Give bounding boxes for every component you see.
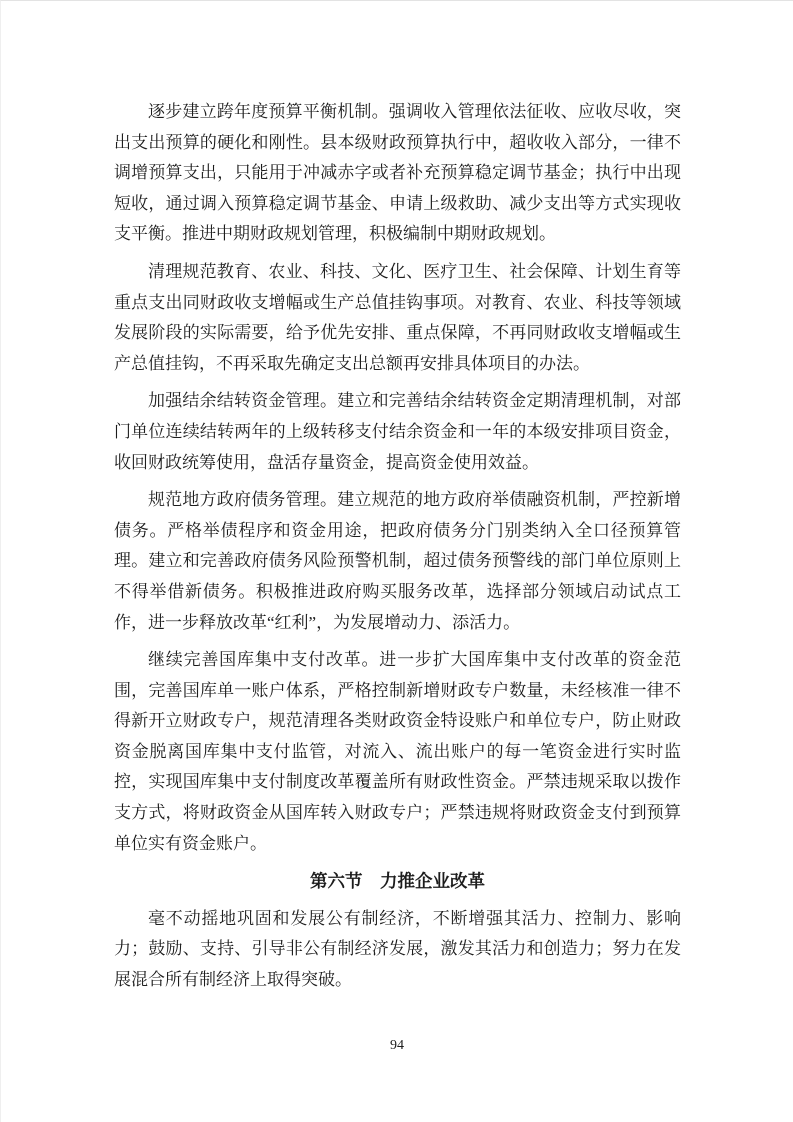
paragraph-carryover-funds-management: 加强结余结转资金管理。建立和完善结余结转资金定期清理机制，对部门单位连续结转两年… (114, 386, 681, 478)
page-footer: 94 (1, 1037, 793, 1055)
document-page: 逐步建立跨年度预算平衡机制。强调收入管理依法征收、应收尽收，突出支出预算的硬化和… (0, 0, 793, 1122)
paragraph-treasury-centralized-payment: 继续完善国库集中支付改革。进一步扩大国库集中支付改革的资金范围，完善国库单一账户… (114, 645, 681, 859)
paragraph-enterprise-reform: 毫不动摇地巩固和发展公有制经济，不断增强其活力、控制力、影响力；鼓励、支持、引导… (114, 904, 681, 996)
paragraph-local-government-debt: 规范地方政府债务管理。建立规范的地方政府举债融资机制，严控新增债务。严格举债程序… (114, 485, 681, 638)
paragraph-key-expenditure-cleanup: 清理规范教育、农业、科技、文化、医疗卫生、社会保障、计划生育等重点支出同财政收支… (114, 257, 681, 379)
paragraph-budget-balance-mechanism: 逐步建立跨年度预算平衡机制。强调收入管理依法征收、应收尽收，突出支出预算的硬化和… (114, 97, 681, 250)
page-body-text: 逐步建立跨年度预算平衡机制。强调收入管理依法征收、应收尽收，突出支出预算的硬化和… (114, 97, 681, 1003)
page-number: 94 (390, 1038, 404, 1053)
section-heading: 第六节 力推企业改革 (114, 866, 681, 897)
